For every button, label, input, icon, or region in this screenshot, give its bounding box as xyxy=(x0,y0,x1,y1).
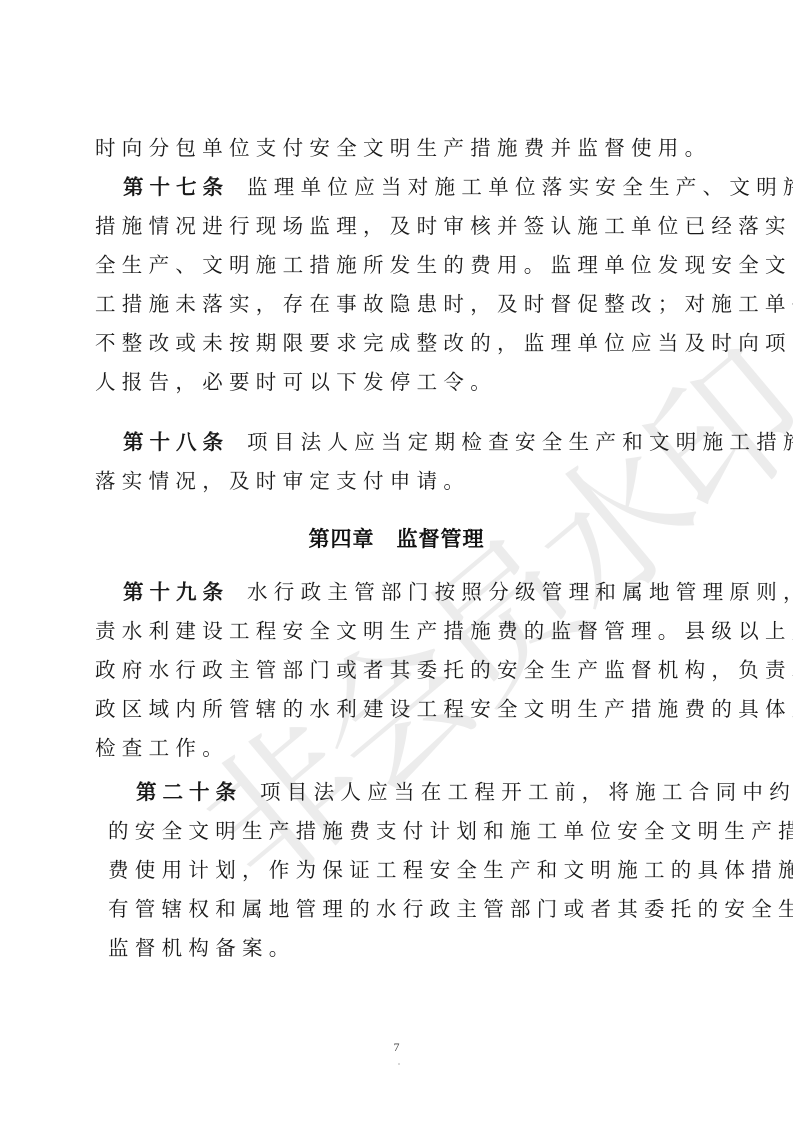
paragraph-line: 监督机构备案。 xyxy=(108,933,720,963)
paragraph-line: 责水利建设工程安全文明生产措施费的监督管理。县级以上人民 xyxy=(95,616,720,646)
paragraph-line: 政府水行政主管部门或者其委托的安全生产监督机构，负责本行 xyxy=(95,655,720,685)
paragraph-line: 全生产、文明施工措施所发生的费用。监理单位发现安全文明施 xyxy=(95,250,720,280)
paragraph-line: 费使用计划，作为保证工程安全生产和文明施工的具体措施，报 xyxy=(108,855,720,885)
page-number: 7 xyxy=(0,1040,793,1055)
paragraph-line: 有管辖权和属地管理的水行政主管部门或者其委托的安全生产 xyxy=(108,894,720,924)
article-label: 第十九条 xyxy=(123,580,229,604)
article-text: 水行政主管部门按照分级管理和属地管理原则，负 xyxy=(247,580,793,604)
article-text: 项目法人应当定期检查安全生产和文明施工措施 xyxy=(247,430,793,454)
page-dot xyxy=(398,1063,400,1065)
document-page: 非会员水印 时向分包单位支付安全文明生产措施费并监督使用。 第十七条监理单位应当… xyxy=(0,0,793,1121)
paragraph-line: 落实情况，及时审定支付申请。 xyxy=(95,466,720,496)
paragraph-line: 的安全文明生产措施费支付计划和施工单位安全文明生产措施 xyxy=(108,816,720,846)
paragraph-line: 人报告，必要时可以下发停工令。 xyxy=(95,367,720,397)
article-text: 项目法人应当在工程开工前，将施工合同中约定 xyxy=(260,780,793,804)
article-label: 第十八条 xyxy=(123,430,229,454)
article-20-line: 第二十条项目法人应当在工程开工前，将施工合同中约定 xyxy=(108,777,720,807)
article-label: 第二十条 xyxy=(136,780,242,804)
article-19-line: 第十九条水行政主管部门按照分级管理和属地管理原则，负 xyxy=(95,577,720,607)
article-text: 监理单位应当对施工单位落实安全生产、文明施工 xyxy=(247,175,793,199)
chapter-title: 监督管理 xyxy=(397,527,485,551)
chapter-heading: 第四章监督管理 xyxy=(0,524,793,554)
paragraph-line: 政区域内所管辖的水利建设工程安全文明生产措施费的具体监督 xyxy=(95,694,720,724)
paragraph-line: 不整改或未按期限要求完成整改的，监理单位应当及时向项目法 xyxy=(95,328,720,358)
article-label: 第十七条 xyxy=(123,175,229,199)
chapter-number: 第四章 xyxy=(309,527,375,551)
paragraph-line: 检查工作。 xyxy=(95,733,720,763)
paragraph-line: 工措施未落实，存在事故隐患时，及时督促整改；对施工单位拒 xyxy=(95,289,720,319)
article-17-line: 第十七条监理单位应当对施工单位落实安全生产、文明施工 xyxy=(95,172,720,202)
paragraph-line: 措施情况进行现场监理，及时审核并签认施工单位已经落实的安 xyxy=(95,211,720,241)
paragraph-line: 时向分包单位支付安全文明生产措施费并监督使用。 xyxy=(95,133,720,163)
article-18-line: 第十八条项目法人应当定期检查安全生产和文明施工措施 xyxy=(95,427,720,457)
